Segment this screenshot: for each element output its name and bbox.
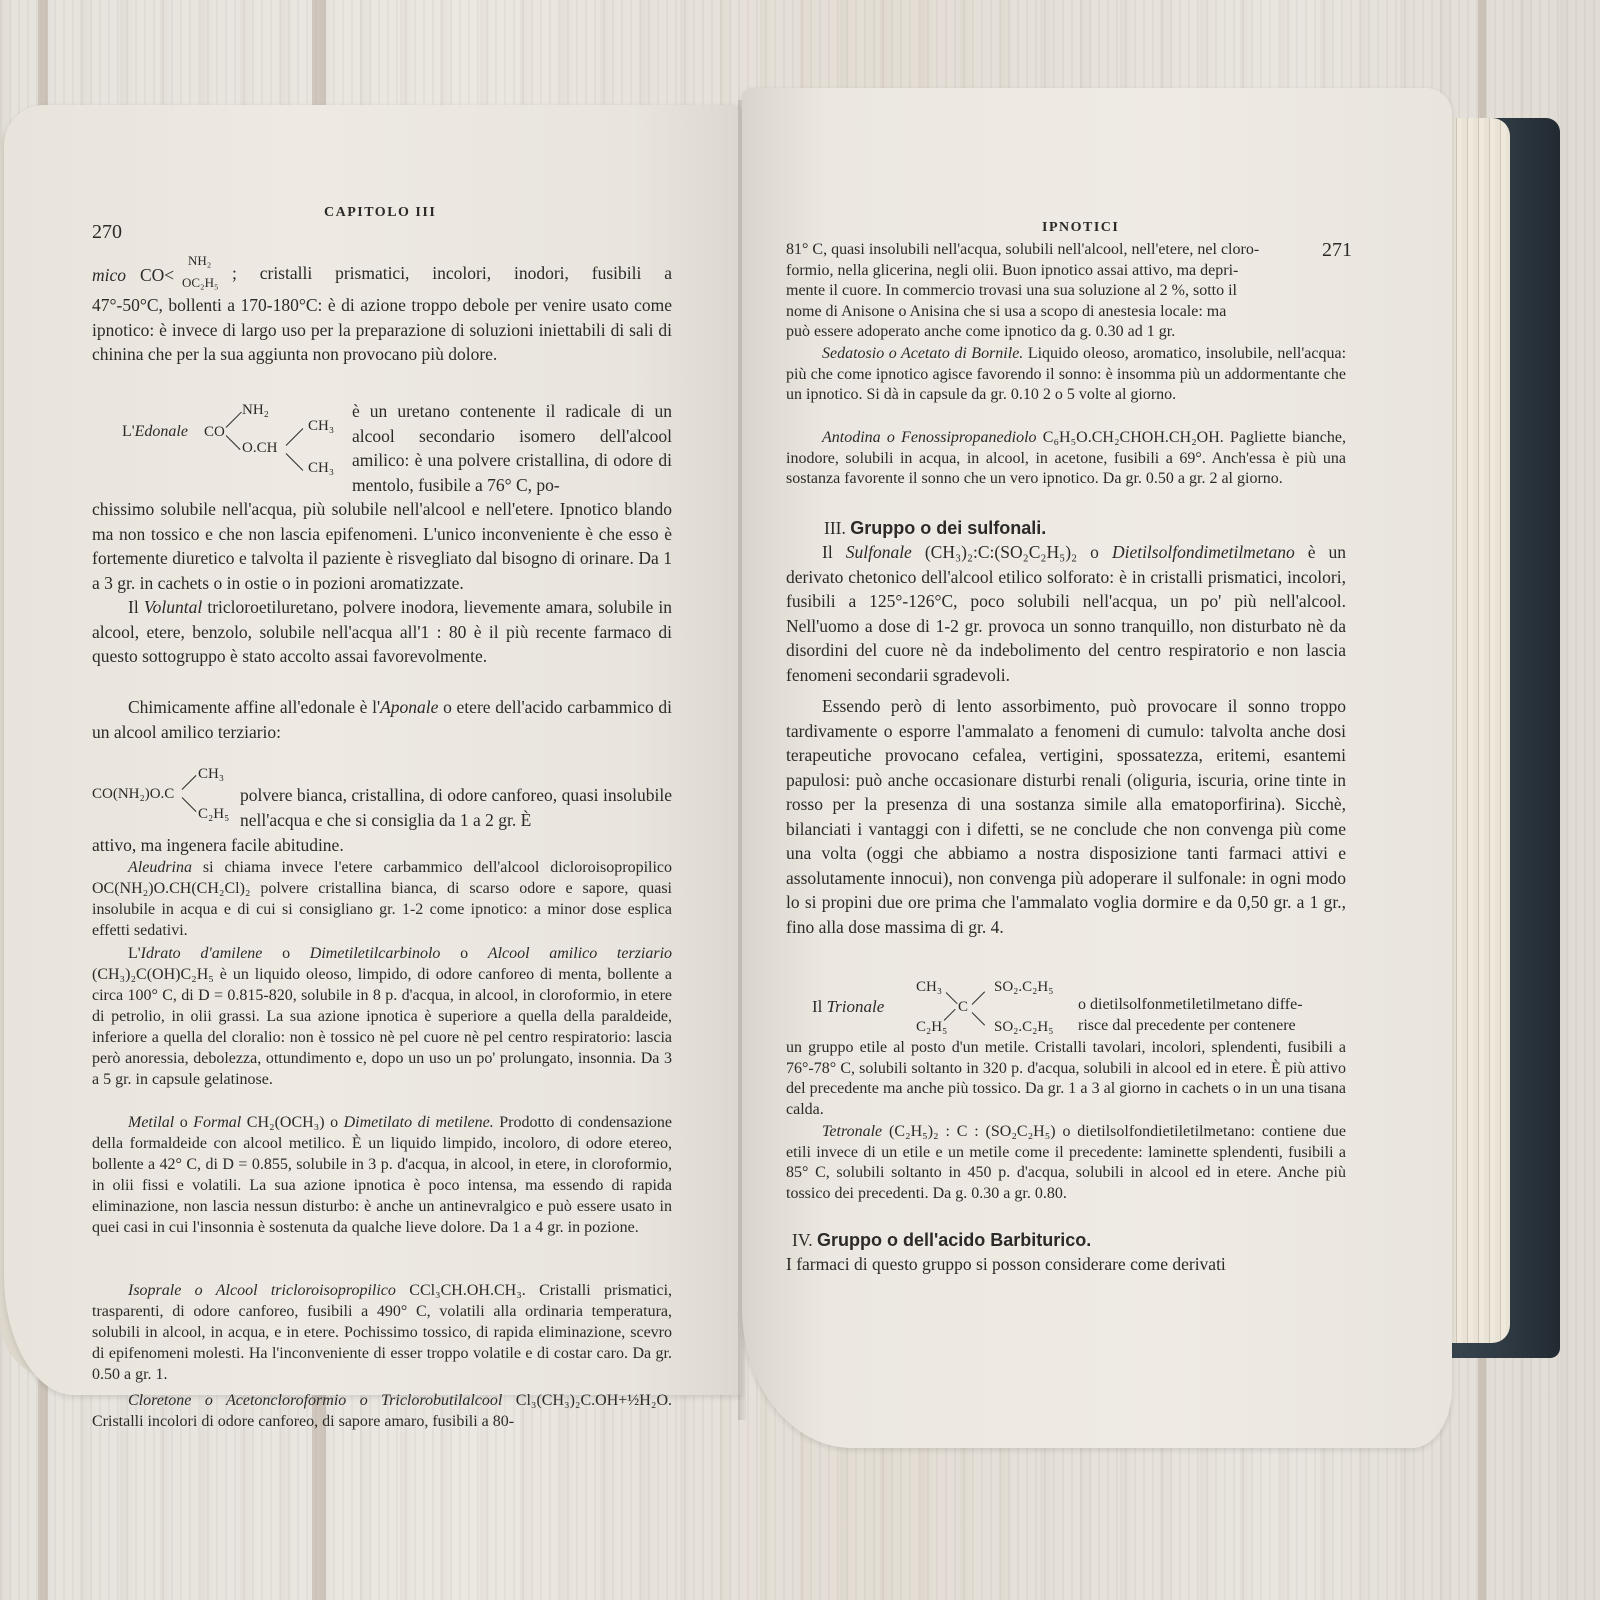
bond-line [286,453,304,471]
text-fragment: Chimicamente affine all'edonale è l' [128,697,380,717]
bond-line [972,991,985,1004]
formula: C₂H₅ [916,1018,947,1036]
text-fragment: o [330,1114,338,1131]
drug-name: Dimetilato di metilene. [344,1114,494,1131]
text-fragment: Il [812,997,822,1016]
formula: CH₃ [198,765,224,783]
edonale-side-text: è un uretano contenente il radicale di u… [352,399,672,497]
drug-name: Dietilsolfondimetilmetano [1112,542,1295,562]
drug-name: Tetronale [822,1123,882,1140]
drug-name: Sedatosio o Acetato di Bornile. [822,345,1023,362]
antodina-paragraph: Antodina o Fenossipropanediolo C₆H₅O.CH₂… [786,428,1346,490]
drug-name: Idrato d'amilene [141,945,263,962]
text-fragment: Essendo però di lento assorbimento, può … [786,694,1346,939]
text-line: nome di Anisone o Anisina che si usa a s… [786,302,1346,323]
paragraph: attivo, ma ingenera facile abitudine. [92,833,672,858]
edonale-formula: L'Edonale CO NH₂ O.CH CH₃ CH₃ [122,395,332,475]
right-page: IPNOTICI 271 81° C, quasi insolubili nel… [742,88,1452,1448]
bond-line [226,412,242,428]
formula: NH₂ [242,401,269,419]
idrato-paragraph: L'Idrato d'amilene o Dimetiletilcarbinol… [92,943,672,1090]
text-fragment: (CH₃)₂C(OH)C₂H₅ è un liquido oleoso, lim… [92,966,672,1088]
text-line: I farmaci di questo gruppo si posson con… [786,1252,1346,1277]
paragraph: 47°-50°C, bollenti a 170-180°C: è di azi… [92,293,672,367]
text-line: mente il cuore. In commercio trovasi una… [786,281,1346,302]
text-fragment: L' [122,423,135,440]
text-fragment: è un derivato chetonico dell'alcool etil… [786,542,1346,685]
drug-name: Trionale [827,997,885,1016]
formula: O.CH [242,439,277,457]
formula: C [958,998,968,1016]
text-fragment: L' [128,945,141,962]
section-heading-4: IV. Gruppo o dell'acido Barbiturico. [792,1228,1342,1253]
formula: C₂H₅ [198,805,229,823]
text-fragment: Il [822,542,833,562]
sedatosio-paragraph: Sedatosio o Acetato di Bornile. Liquido … [786,344,1346,406]
text-line: formio, nella glicerina, negli olii. Buo… [786,261,1346,282]
text-fragment: o [1090,542,1099,562]
voluntal-paragraph: Il Voluntal tricloroetiluretano, polvere… [92,595,672,669]
bond-line [182,797,197,812]
aponale-side-text: polvere bianca, cristallina, di odore ca… [240,783,672,832]
aponale-paragraph: Chimicamente affine all'edonale è l'Apon… [92,695,672,744]
sulfonale-paragraph: Il Sulfonale (CH₃)₂:C:(SO₂C₂H₅)₂ o Dieti… [786,540,1346,687]
text-fragment: o [282,945,290,962]
drug-name: Sulfonale [846,542,912,562]
text-line: risce dal precedente per contenere [1078,1015,1346,1036]
formula: CO< [140,263,174,288]
text-line: 81° C, quasi insolubili nell'acqua, solu… [786,240,1346,261]
drug-name: Alcool amilico terziario [488,945,672,962]
photo-scene: 270 CAPITOLO III mico CO< NH₂ OC₂H₅ ; cr… [0,0,1600,1600]
bond-line [182,775,197,790]
formula: CH₂(OCH₃) [247,1114,325,1131]
formula: SO₂.C₂H₅ [994,1018,1053,1036]
drug-name: Metilal [128,1114,174,1131]
section-heading-3: III. Gruppo o dei sulfonali. [824,516,1344,541]
section-number: IV. [792,1230,813,1250]
bond-line [972,1012,985,1025]
running-head: CAPITOLO III [324,201,436,226]
trionale-paragraph: un gruppo etile al posto d'un metile. Cr… [786,1038,1346,1120]
paragraph: chissimo solubile nell'acqua, più solubi… [92,497,672,595]
drug-name: Antodina o Fenossipropanediolo [822,429,1037,446]
formula: CO(NH₂)O.C [92,785,174,803]
formula: CH₃ [308,417,334,435]
tetronale-paragraph: Tetronale (C₂H₅)₂ : C : (SO₂C₂H₅) o diet… [786,1122,1346,1204]
drug-name: Aleudrina [128,859,192,876]
text-line: può essere adoperato anche come ipnotico… [786,322,1346,343]
trionale-side-text: o dietilsolfonmetiletilmetano diffe- ris… [1078,994,1346,1036]
formula: SO₂.C₂H₅ [994,978,1053,996]
text-fragment: o [460,945,468,962]
drug-name: Voluntal [144,597,202,617]
section-title: Gruppo o dei sulfonali. [850,518,1046,538]
text-fragment: o [180,1114,188,1131]
drug-name: Dimetiletilcarbinolo [310,945,441,962]
metilal-paragraph: Metilal o Formal CH₂(OCH₃) o Dimetilato … [92,1112,672,1238]
text-line: o dietilsolfonmetiletilmetano diffe- [1078,994,1346,1015]
drug-name: Isoprale o Alcool tricloroisopropilico [128,1282,396,1299]
trionale-formula: Il Trionale CH₃ C₂H₅ C SO₂.C₂H₅ SO₂.C₂H₅ [812,978,1072,1038]
formula: CH₃ [916,978,942,996]
text-fragment: mico [92,263,126,288]
aleudrina-paragraph: Aleudrina si chiama invece l'etere carba… [92,857,672,941]
cloretone-paragraph: Cloretone o Acetoncloroformio o Tricloro… [92,1390,672,1432]
formula-sub: OC₂H₅ [182,271,219,296]
aponale-formula: CO(NH₂)O.C CH₃ C₂H₅ [92,765,242,825]
formula: (CH₃)₂:C:(SO₂C₂H₅)₂ [925,542,1077,562]
formula: CH₃ [308,459,334,477]
drug-name: Edonale [135,423,188,440]
section-title: Gruppo o dell'acido Barbiturico. [817,1230,1091,1250]
formula-sub: NH₂ [188,249,211,274]
bond-line [944,1009,956,1021]
formula: CO [204,423,225,441]
drug-name: Aponale [380,697,438,717]
section-number: III. [824,518,846,538]
text-fragment: Prodotto di condensazione della formalde… [92,1114,672,1236]
cloretone-continuation: 81° C, quasi insolubili nell'acqua, solu… [786,240,1346,343]
running-head: IPNOTICI [1042,216,1119,241]
bond-line [946,992,958,1004]
bond-line [286,428,304,446]
text-fragment: Il [128,597,139,617]
essendo-paragraph: Essendo però di lento assorbimento, può … [786,694,1346,939]
drug-name: Cloretone o Acetoncloroformio o Tricloro… [128,1392,502,1409]
left-page: 270 CAPITOLO III mico CO< NH₂ OC₂H₅ ; cr… [4,105,742,1395]
text-fragment: ; cristalli prismatici, incolori, inodor… [232,261,672,286]
bond-line [226,435,241,450]
barbiturico-paragraph: I farmaci di questo gruppo si posson con… [786,1252,1346,1277]
drug-name: Formal [193,1114,241,1131]
isoprale-paragraph: Isoprale o Alcool tricloroisopropilico C… [92,1280,672,1385]
page-number: 270 [92,220,122,245]
urethane-continuation: mico CO< NH₂ OC₂H₅ ; cristalli prismatic… [92,245,672,295]
